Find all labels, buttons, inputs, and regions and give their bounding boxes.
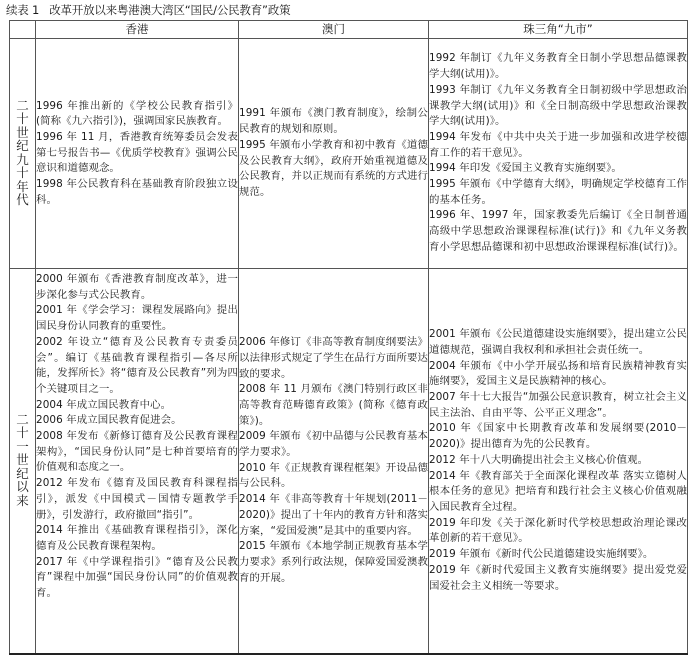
policy-entry: 2012 年发布《德育及国民教育科课程指引》，派发《中国模式－国情专题教学手册》… — [36, 476, 238, 523]
policy-entry: 1991 年颁布《澳门教育制度》，绘制公民教育的规划和原则。 — [239, 106, 428, 137]
policy-entry: 1994 年发布《中共中央关于进一步加强和改进学校德育工作的若干意见》。 — [429, 130, 687, 161]
macau-cell: 1991 年颁布《澳门教育制度》，绘制公民教育的规划和原则。 1995 年颁布小… — [239, 39, 429, 269]
policy-entry: 2001 年颁布《公民道德建设实施纲要》，提出建立公民道德规范，强调自我权利和承… — [429, 327, 687, 358]
header-prd-nine-cities: 珠三角“九市” — [429, 21, 688, 39]
policy-entry: 2000 年颁布《香港教育制度改革》，进一步深化参与式公民教育。 — [36, 272, 238, 303]
table-number: 续表 1 — [6, 3, 39, 17]
era-label: 二十一世纪以来 — [16, 413, 29, 508]
prd-cell: 2001 年颁布《公民道德建设实施纲要》，提出建立公民道德规范，强调自我权利和承… — [429, 269, 688, 654]
policy-entry: 2004 年成立国民教育中心。 — [36, 398, 238, 414]
policy-entry: 1992 年制订《九年义务教育全日制小学思想品德课教学大纲(试用)》。 — [429, 51, 687, 82]
policy-entry: 2006 年成立国民教育促进会。 — [36, 413, 238, 429]
prd-cell: 1992 年制订《九年义务教育全日制小学思想品德课教学大纲(试用)》。 1993… — [429, 39, 688, 269]
table-row-21st-century: 二十一世纪以来 2000 年颁布《香港教育制度改革》，进一步深化参与式公民教育。… — [10, 269, 688, 654]
policy-table: 香港 澳门 珠三角“九市” 二十世纪九十年代 1996 年推出新的《学校公民教育… — [9, 20, 688, 655]
policy-entry: 2019 年印发《关于深化新时代学校思想政治理论课改革创新的若干意见》。 — [429, 516, 687, 547]
policy-entry: 1996 年推出新的《学校公民教育指引》(简称《九六指引》)，强调国家民族教育。 — [36, 99, 238, 130]
policy-entry: 2014 年推出《基础教育课程指引》，深化德育及公民教育课程架构。 — [36, 523, 238, 554]
hongkong-cell: 1996 年推出新的《学校公民教育指引》(简称《九六指引》)，强调国家民族教育。… — [36, 39, 239, 269]
policy-entry: 2019 年颁布《新时代公民道德建设实施纲要》。 — [429, 547, 687, 563]
policy-entry: 2010 年《国家中长期教育改革和发展纲要(2010－2020)》提出德育为先的… — [429, 421, 687, 452]
policy-entry: 2019 年《新时代爱国主义教育实施纲要》提出爱党爱国爱社会主义相统一等要求。 — [429, 563, 687, 594]
policy-entry: 2014 年《教育部关于全面深化课程改革 落实立德树人根本任务的意见》把培育和践… — [429, 469, 687, 516]
policy-entry: 2017 年《中学课程指引》“德育及公民教育”课程中加强“国民身份认同”的价值观… — [36, 555, 238, 602]
policy-entry: 1996 年、1997 年，国家教委先后编订《全日制普通高级中学思想政治课课程标… — [429, 208, 687, 255]
header-row: 香港 澳门 珠三角“九市” — [10, 21, 688, 39]
policy-entry: 2001 年《学会学习：课程发展路向》提出国民身份认同教育的重要性。 — [36, 303, 238, 334]
policy-entry: 1994 年印发《爱国主义教育实施纲要》。 — [429, 161, 687, 177]
table-row-1990s: 二十世纪九十年代 1996 年推出新的《学校公民教育指引》(简称《九六指引》)，… — [10, 39, 688, 269]
table-title: 改革开放以来粤港澳大湾区“国民/公民教育”政策 — [49, 3, 290, 17]
era-cell: 二十一世纪以来 — [10, 269, 36, 654]
policy-entry: 2010 年《正规教育课程框架》开设品德与公民科。 — [239, 461, 428, 492]
policy-entry: 2006 年修订《非高等教育制度纲要法》以法律形式规定了学生在品行方面所要达致的… — [239, 335, 428, 382]
header-macau: 澳门 — [239, 21, 429, 39]
era-label: 二十世纪九十年代 — [16, 99, 29, 207]
policy-entry: 2008 年发布《新修订德育及公民教育课程架构》，“国民身份认同”是七种首要培育… — [36, 429, 238, 476]
macau-cell: 2006 年修订《非高等教育制度纲要法》以法律形式规定了学生在品行方面所要达致的… — [239, 269, 429, 654]
policy-entry: 2007 年十七大报告“加强公民意识教育，树立社会主义民主法治、自由平等、公平正… — [429, 390, 687, 421]
policy-entry: 1996 年 11 月，香港教育统筹委员会发表第七号报告书—《优质学校教育》强调… — [36, 130, 238, 177]
policy-entry: 2012 年十八大明确提出社会主义核心价值观。 — [429, 453, 687, 469]
era-cell: 二十世纪九十年代 — [10, 39, 36, 269]
policy-entry: 2015 年颁布《本地学制正规教育基本学力要求》系列行政法规，保障爱国爱澳教育的… — [239, 539, 428, 586]
policy-entry: 1993 年制订《九年义务教育全日制初级中学思想政治课教学大纲(试用)》和《全日… — [429, 83, 687, 130]
header-hongkong: 香港 — [36, 21, 239, 39]
policy-entry: 2008 年 11 月颁布《澳门特别行政区非高等教育范畴德育政策》(简称《德育政… — [239, 382, 428, 429]
policy-entry: 1995 年颁布《中学德育大纲》，明确规定学校德育工作的基本任务。 — [429, 177, 687, 208]
policy-entry: 1995 年颁布小学教育和初中教育《道德及公民教育大纲》，政府开始重视道德及公民… — [239, 138, 428, 201]
policy-entry: 2009 年颁布《初中品德与公民教育基本学力要求》。 — [239, 429, 428, 460]
policy-entry: 2014 年《非高等教育十年规划(2011－2020)》提出了十年内的教育方针和… — [239, 492, 428, 539]
header-era — [10, 21, 36, 39]
policy-entry: 2002 年设立“德育及公民教育专责委员会”。编订《基础教育课程指引—各尽所能，… — [36, 335, 238, 398]
policy-entry: 1998 年公民教育科在基础教育阶段独立设科。 — [36, 177, 238, 208]
table-caption: 续表 1改革开放以来粤港澳大湾区“国民/公民教育”政策 — [6, 2, 290, 18]
policy-entry: 2004 年颁布《中小学开展弘扬和培育民族精神教育实施纲要》，爱国主义是民族精神… — [429, 359, 687, 390]
hongkong-cell: 2000 年颁布《香港教育制度改革》，进一步深化参与式公民教育。 2001 年《… — [36, 269, 239, 654]
